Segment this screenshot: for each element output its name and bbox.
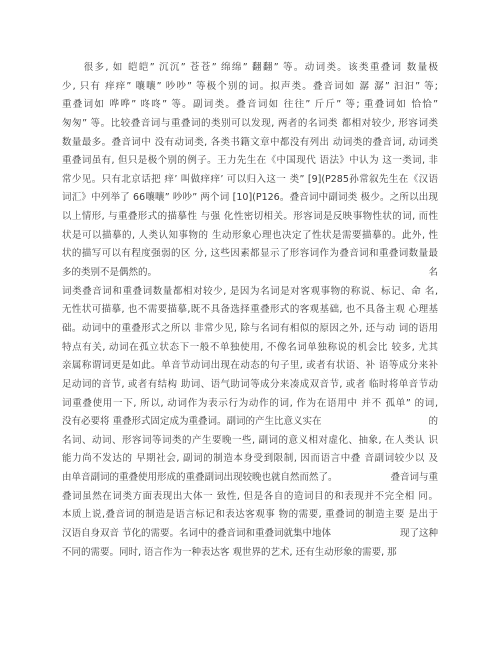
text-segment: 叠音词与重 — [390, 469, 438, 488]
text-line: 名词、动词、形容词等词类的产生要晚一些, 副词的意义相对虚化、抽象, 在人类认 … — [62, 432, 438, 451]
text-segment: 汉语自身双音 节化的需要。名词中的叠音词和重叠词就集中地体 — [62, 525, 331, 544]
document-page: 很多, 如 皑皑” 沉沉” 苍苍” 绵绵” 翻翻” 等。动词类。该类重叠词 数量… — [0, 0, 500, 647]
text-line: 少, 只有 痒痒” 嚷嚷” 吵吵” 等极个别的词。拟声类。叠音词如 潺 潺” 汩… — [62, 78, 438, 97]
text-line: 状是可以描摹的, 人类认知事物的 生动形象心理也决定了性状是需要描摹的。此外, … — [62, 227, 438, 246]
text-line: 数量最多。叠音词中 没有动词类, 各类书籍文章中都没有列出 动词类的叠音词, 动… — [62, 134, 438, 153]
text-line: 亲属称谓词更是如此。单音节动词出现在动态的句子里, 或者有状语、补 语等成分来补 — [62, 357, 438, 376]
text-segment: 没有必要将 重叠形式固定成为重叠词。副词的产生比意义实在 — [62, 413, 322, 432]
text-line: 叠词虽然在词类方面表现出大体一 致性, 但是各自的造词目的和表现并不完全相 同。 — [62, 488, 438, 507]
text-line: 本质上说,叠音词的制造是语言标记和表达客观事 物的需要, 重叠词的制造主要 是出… — [62, 506, 438, 525]
text-line: 重叠词虽有, 但只是极个别的例子。王力先生在《中国现代 语法》中认为 这一类词,… — [62, 152, 438, 171]
text-segment: 由单音副词的重叠使用形成的重叠副词出现较晚也就自然而然了。 — [62, 469, 338, 488]
text-line: 不同的需要。同时, 语言作为一种表达客 观世界的艺术, 还有生动形象的需要, 那 — [62, 544, 438, 563]
text-line: 汉语自身双音 节化的需要。名词中的叠音词和重叠词就集中地体现了这种 — [62, 525, 438, 544]
text-segment: 现了这种 — [400, 525, 438, 544]
text-line: 词重叠使用一下, 所以, 动词作为表示行为动作的词, 作为在语用中 并不 孤单”… — [62, 395, 438, 414]
text-line: 能力尚不发达的 早期社会, 副词的制造本身受到限制, 因而语言中叠 音副词较少以… — [62, 450, 438, 469]
text-line: 多的类别不是偶然的。名 — [62, 264, 438, 283]
text-line: 匆匆” 等。比较叠音词与重叠词的类别可以发现, 两者的名词类 都相对较少, 形容… — [62, 115, 438, 134]
text-line: 特点有关, 动词在孤立状态下一般不单独使用, 不像名词单独称说的机会比 较多, … — [62, 339, 438, 358]
text-line: 以上情形, 与重叠形式的描摹性 与强 化性密切相关。形容词是反映事物性状的词, … — [62, 208, 438, 227]
text-line: 础。动词中的重叠形式之所以 非常少见, 除与名词有相似的原因之外, 还与动 词的… — [62, 320, 438, 339]
text-line: 没有必要将 重叠形式固定成为重叠词。副词的产生比意义实在的 — [62, 413, 438, 432]
text-line: 状的描写可以有程度强弱的区 分, 这些因素都显示了形容词作为叠音词和重叠词数量最 — [62, 245, 438, 264]
text-block: 很多, 如 皑皑” 沉沉” 苍苍” 绵绵” 翻翻” 等。动词类。该类重叠词 数量… — [62, 59, 438, 562]
text-segment: 多的类别不是偶然的。 — [62, 264, 157, 283]
text-line: 常少见。只有北京话把 痒’ 叫做痒痒’ 可以归入这一 类” [9](P285孙常… — [62, 171, 438, 190]
text-line: 词汇》中列举了 66嚷嚷” 吵吵” 两个词 [10](P126。叠音词中副词类 … — [62, 189, 438, 208]
text-line: 足动词的音节, 或者有结构 助词、语气助词等成分来凑成双音节, 或者 临时将单音… — [62, 376, 438, 395]
text-line: 重叠词如 哗哗” 咚咚” 等。副词类。叠音词如 往往” 斤斤” 等; 重叠词如 … — [62, 96, 438, 115]
text-segment: 名 — [428, 264, 438, 283]
text-line: 很多, 如 皑皑” 沉沉” 苍苍” 绵绵” 翻翻” 等。动词类。该类重叠词 数量… — [62, 59, 438, 78]
text-segment: 的 — [428, 413, 438, 432]
text-line: 无性状可描摹, 也不需要描摹,既不具备选择重叠形式的客观基础, 也不具备主观 心… — [62, 301, 438, 320]
text-line: 由单音副词的重叠使用形成的重叠副词出现较晚也就自然而然了。叠音词与重 — [62, 469, 438, 488]
text-line: 词类叠音词和重叠词数量都相对较少, 是因为名词是对客观事物的称说、标记、命 名, — [62, 283, 438, 302]
